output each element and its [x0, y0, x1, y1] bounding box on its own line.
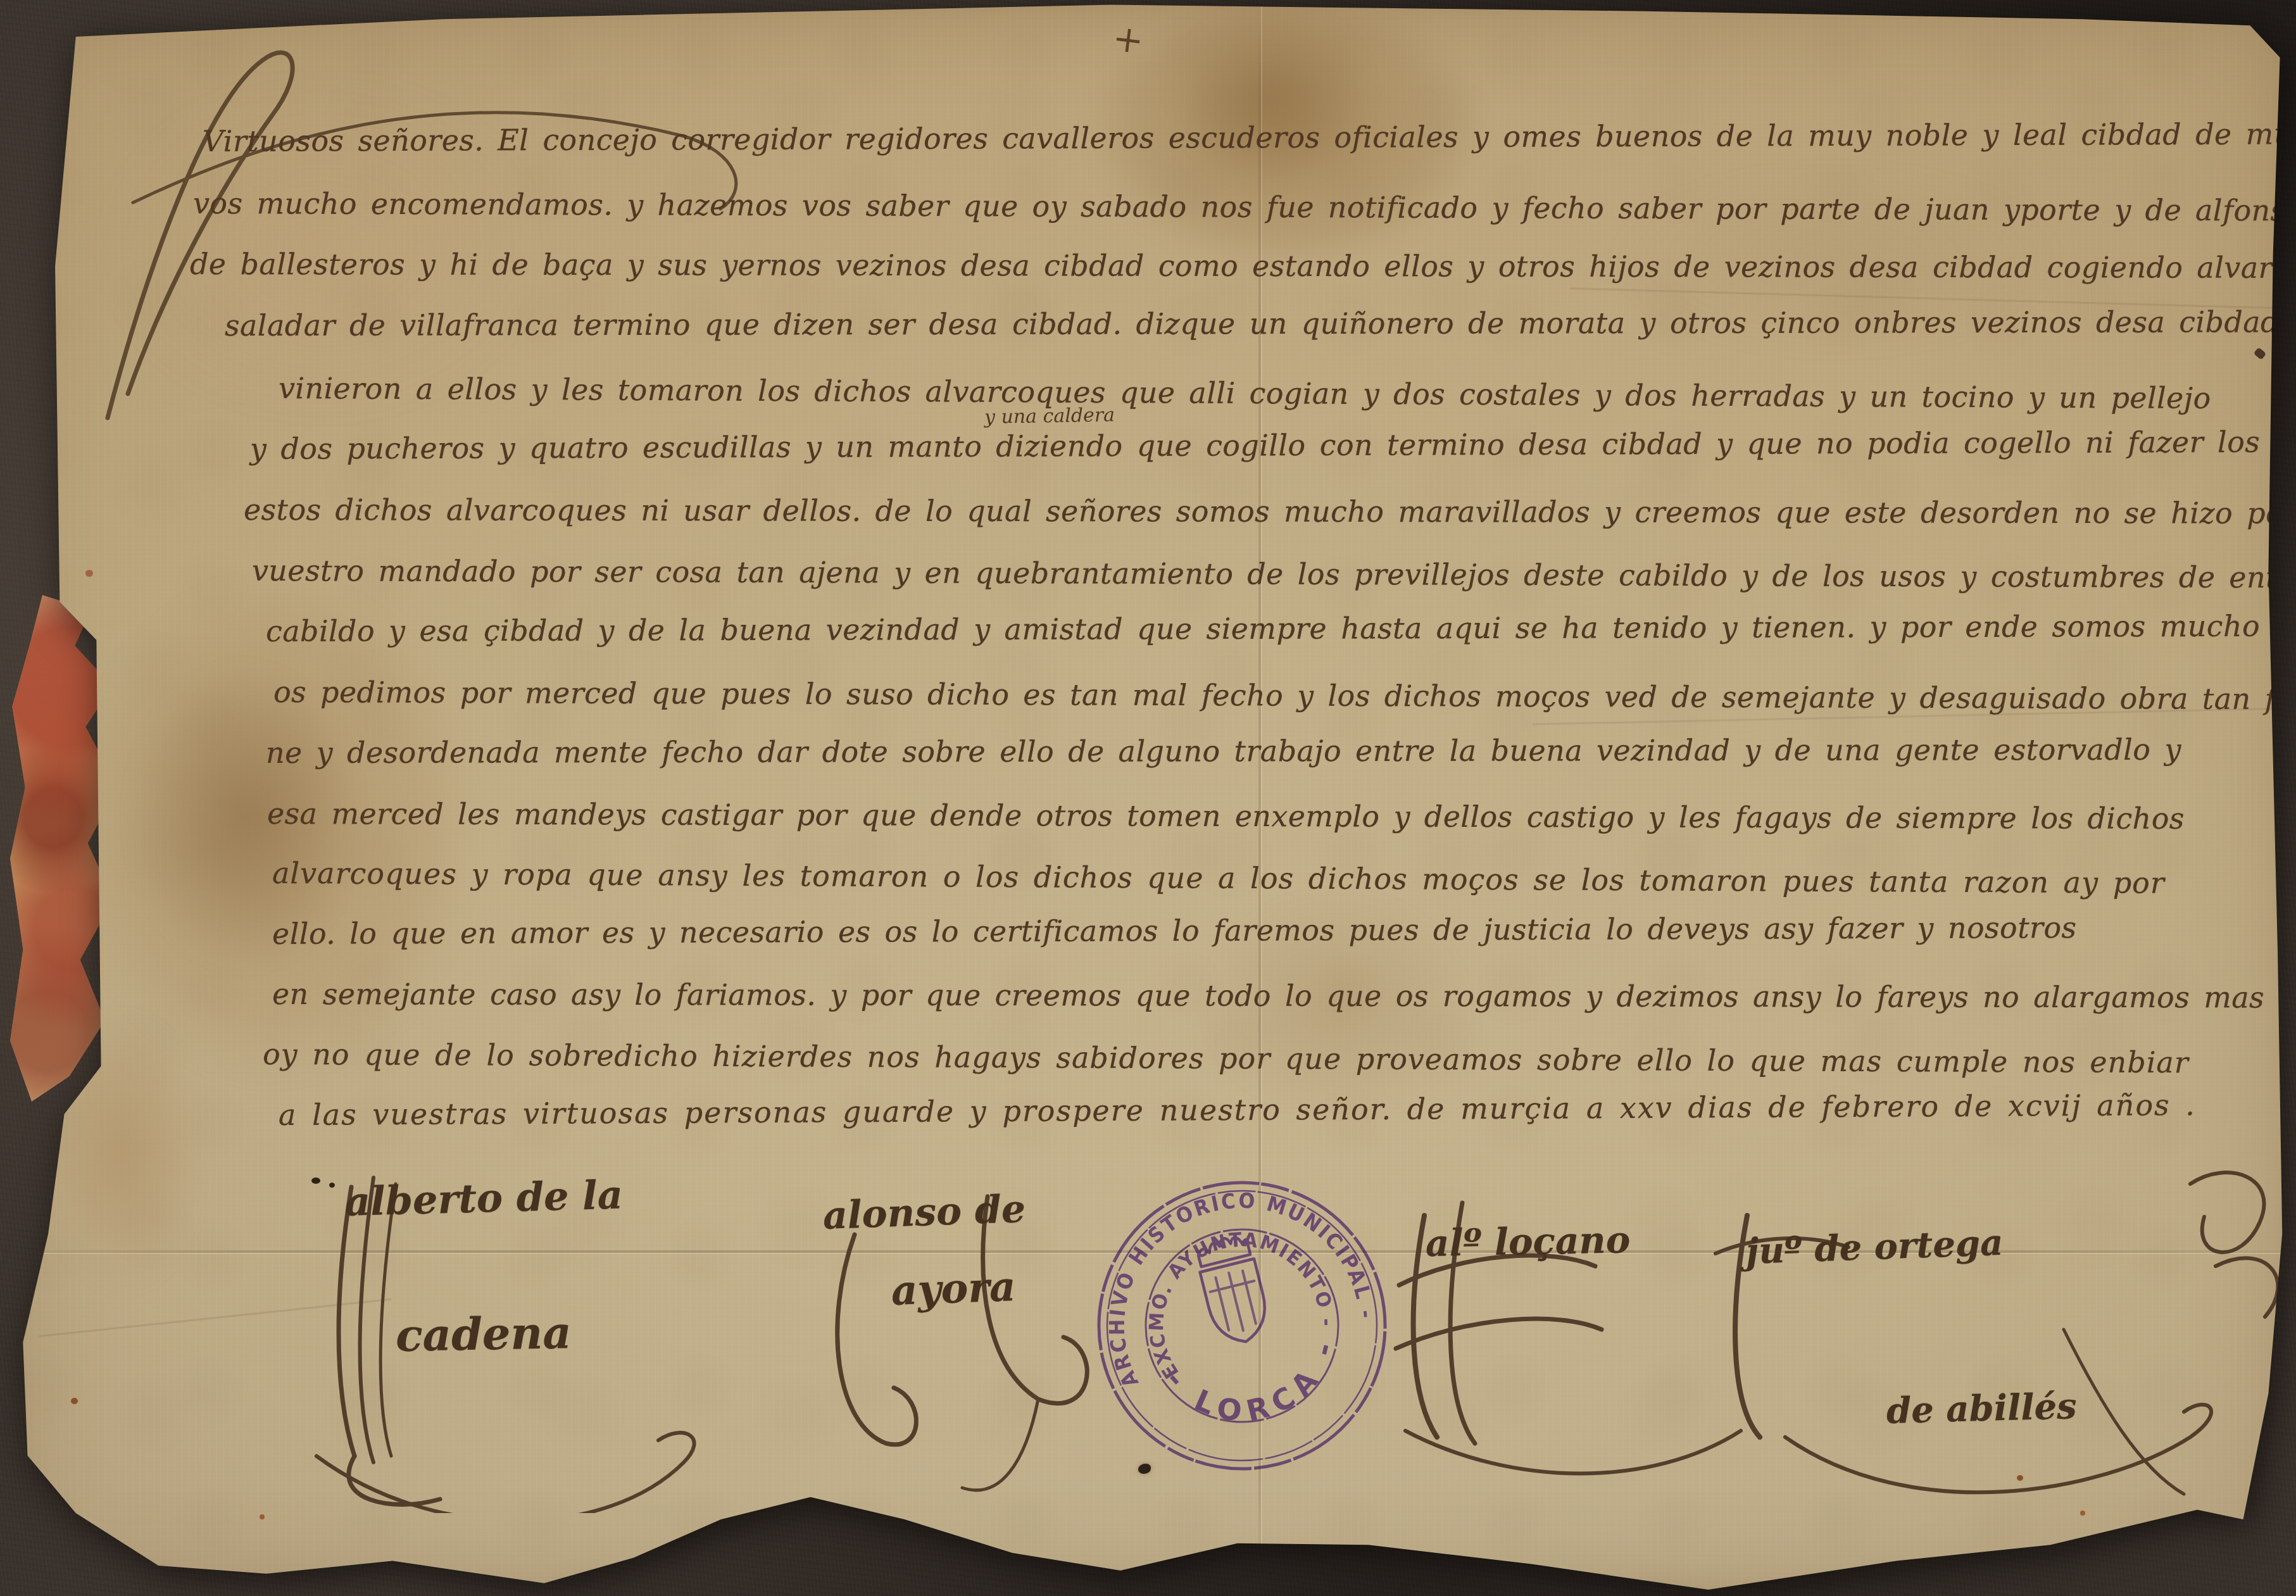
photo-backdrop: + Virtuosos señores. El concejo corregid… [0, 0, 2296, 1596]
rust-speck [2017, 1475, 2023, 1481]
rust-speck [71, 1398, 78, 1404]
margin-fleck [2254, 347, 2267, 360]
rust-speck [2080, 1511, 2085, 1516]
manuscript-line: alvarcoques y ropa que ansy les tomaron … [272, 856, 2165, 900]
manuscript-line: de ballesteros y hi de baça y sus yernos… [190, 247, 2296, 285]
signature-locano-line1: alº loçano [1425, 1218, 1630, 1265]
manuscript-line: saladar de villafranca termino que dizen… [225, 305, 2280, 342]
signature-ortega-line2: de abillés [1886, 1385, 2077, 1432]
manuscript-line: estos dichos alvarcoques ni usar dellos.… [244, 493, 2296, 531]
manuscript-line: y dos pucheros y quatro escudillas y un … [250, 425, 2260, 466]
ink-speck [329, 1183, 335, 1188]
manuscript-line: esa merced les mandeys castigar por que … [267, 796, 2185, 836]
manuscript-line: ello. lo que en amor es y necesario es o… [272, 910, 2077, 951]
manuscript-line: ne y desordenada mente fecho dar dote so… [266, 732, 2181, 770]
stain-top-center-core [1139, 0, 1405, 215]
interline-addition: y una caldera [984, 404, 1115, 429]
manuscript-line: en semejante caso asy lo fariamos. y por… [272, 977, 2264, 1014]
stain-left-lower [19, 975, 228, 1329]
signature-ortega-flourish [1659, 1140, 2296, 1532]
manuscript-line: Virtuosos señores. El concejo corregidor… [203, 116, 2296, 158]
manuscript-line: a las vuestras virtuosas personas guarde… [279, 1088, 2196, 1132]
ink-speck [311, 1178, 320, 1184]
manuscript-line: oy no que de lo sobredicho hizierdes nos… [263, 1037, 2189, 1079]
signature-ayora-line1: alonso de [822, 1187, 1026, 1238]
manuscript-line: cabildo y esa çibdad y de la buena vezin… [266, 609, 2260, 648]
signature-ayora-line2: ayora [891, 1263, 1017, 1315]
manuscript-line: os pedimos por merced que pues lo suso d… [273, 675, 2296, 716]
cross-mark: + [1110, 16, 1146, 62]
rust-speck [85, 570, 93, 577]
signature-cadena-line2: cadena [395, 1306, 572, 1362]
manuscript-line: vuestro mandado por ser cosa tan ajena y… [252, 553, 2296, 595]
manuscript-page: + Virtuosos señores. El concejo corregid… [0, 0, 2296, 1596]
signature-cadena-line1: alberto de la [344, 1172, 624, 1225]
rust-speck [260, 1514, 265, 1519]
